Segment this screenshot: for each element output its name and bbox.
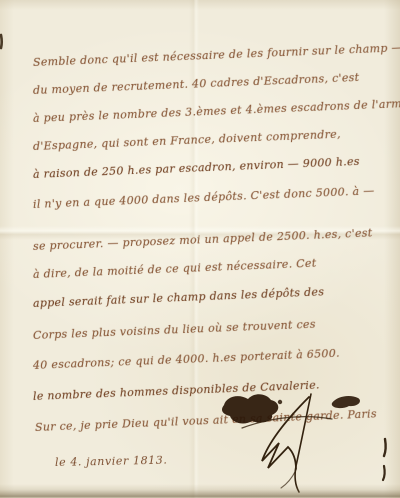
letter-line: du moyen de recrutement. 40 cadres d'Esc… <box>33 71 360 97</box>
letter-scan: Semble donc qu'il est nécessaire de les … <box>0 0 400 498</box>
letter-line: appel serait fait sur le champ dans les … <box>33 285 325 310</box>
letter-line: il n'y en a que 4000 dans les dépôts. C'… <box>33 184 375 211</box>
letter-line: se procurer. — proposez moi un appel de … <box>33 226 373 253</box>
letter-line: à peu près le nombre des 3.èmes et 4.ème… <box>33 97 400 125</box>
letter-line: à raison de 250 h.es par escadron, envir… <box>33 155 360 181</box>
letter-line: Corps les plus voisins du lieu où se tro… <box>33 318 316 342</box>
letter-line: Semble donc qu'il est nécessaire de les … <box>33 41 400 69</box>
letter-line: Sur ce, je prie Dieu qu'il vous ait en s… <box>35 407 377 434</box>
letter-line: 40 escadrons; ce qui de 4000. h.es porte… <box>33 347 340 372</box>
letter-body: Semble donc qu'il est nécessaire de les … <box>0 0 400 498</box>
dateline: le 4. janvier 1813. <box>55 454 168 469</box>
letter-line: le nombre des hommes disponibles de Cava… <box>33 378 320 403</box>
letter-line: d'Espagne, qui sont en France, doivent c… <box>33 128 341 153</box>
letter-line: à dire, de la moitié de ce qui est néces… <box>33 257 317 281</box>
